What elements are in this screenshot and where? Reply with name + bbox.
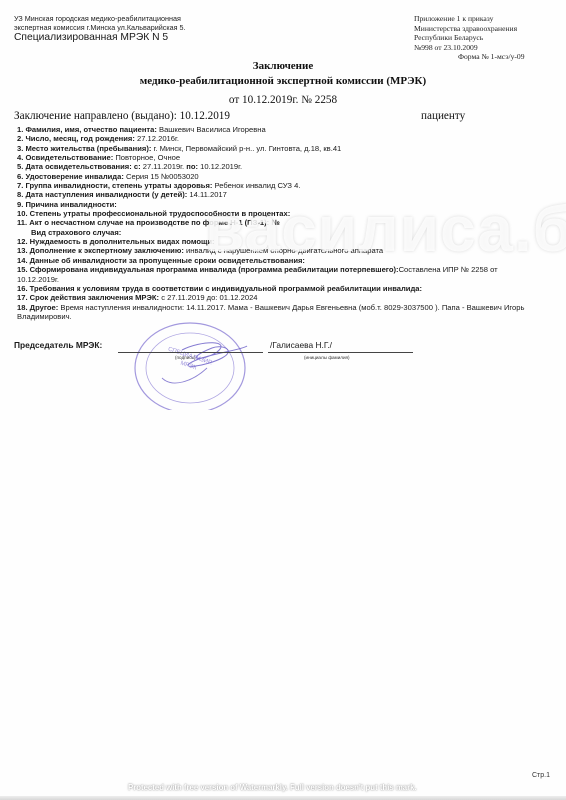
item-value: г. Минск, Первомайский р-н.. ул. Гинтовт… xyxy=(151,144,341,153)
list-item: 9. Причина инвалидности: xyxy=(17,200,537,209)
list-item: 7. Группа инвалидности, степень утраты з… xyxy=(17,181,537,190)
item-value: Вашкевич Василиса Игоревна xyxy=(157,125,266,134)
organization-header: УЗ Минская городская медико-реабилитацио… xyxy=(14,14,186,44)
item-label: 10. Степень утраты профессиональной труд… xyxy=(17,209,290,218)
list-item: 14. Данные об инвалидности за пропущенны… xyxy=(17,256,537,265)
list-item: 16. Требования к условиям труда в соотве… xyxy=(17,284,537,293)
list-item: 1. Фамилия, имя, отчество пациента: Вашк… xyxy=(17,125,537,134)
list-item: 12. Нуждаемость в дополнительных видах п… xyxy=(17,237,537,246)
item-label: 8. Дата наступления инвалидности (у дете… xyxy=(17,190,187,199)
item-label: 5. Дата освидетельствования: с: xyxy=(17,162,141,171)
item-value: 27.11.2019г. xyxy=(141,162,187,171)
document-subtitle: медико-реабилитационной экспертной комис… xyxy=(0,75,566,87)
item-label: 2. Число, месяц, год рождения: xyxy=(17,134,135,143)
item-label: 1. Фамилия, имя, отчество пациента: xyxy=(17,125,157,134)
recipient: пациенту xyxy=(421,110,465,122)
item-value: Ребенок инвалид СУЗ 4. xyxy=(212,181,300,190)
org-line-3: Специализированная МРЭК N 5 xyxy=(14,32,186,44)
list-item: 4. Освидетельствование: Повторное, Очное xyxy=(17,153,537,162)
item-value: Повторное, Очное xyxy=(113,153,180,162)
chairman-name: /Галисаева Н.Г./ xyxy=(270,340,332,350)
list-item: 17. Срок действия заключения МРЭК: с 27.… xyxy=(17,293,537,302)
item-label: Вид страхового случая: xyxy=(31,228,121,237)
item-value: Серия 15 №0053020 xyxy=(124,172,199,181)
item-value: инвалид с нарушением опорно-двигательног… xyxy=(184,246,383,255)
list-item: 8. Дата наступления инвалидности (у дете… xyxy=(17,190,537,199)
document-date-number: от 10.12.2019г. № 2258 xyxy=(0,94,566,106)
item-value-2: 10.12.2019г. xyxy=(198,162,242,171)
appendix-line-1: Приложение 1 к приказу xyxy=(414,14,525,24)
org-line-2: экспертная комиссия г.Минска ул.Кальвари… xyxy=(14,23,186,32)
scan-edge xyxy=(0,796,566,800)
stamp-icon: СПЕЦИАЛИЗИР. МРЭК xyxy=(122,320,252,410)
item-label: 9. Причина инвалидности: xyxy=(17,200,117,209)
page-number: Стр.1 xyxy=(532,772,550,779)
signature-line xyxy=(118,352,263,353)
item-label: 17. Срок действия заключения МРЭК: xyxy=(17,293,159,302)
item-label: 18. Другое: xyxy=(17,303,58,312)
document-title: Заключение xyxy=(0,60,566,72)
list-item: 11. Акт о несчастном случае на производс… xyxy=(17,218,537,227)
item-label: 6. Удостоверение инвалида: xyxy=(17,172,124,181)
name-caption: (инициалы фамилия) xyxy=(304,355,350,360)
appendix-line-3: Республики Беларусь xyxy=(414,33,525,43)
list-item: 10. Степень утраты профессиональной труд… xyxy=(17,209,537,218)
appendix-header: Приложение 1 к приказу Министерства здра… xyxy=(414,14,525,62)
item-label: 14. Данные об инвалидности за пропущенны… xyxy=(17,256,305,265)
item-label: 3. Место жительства (пребывания): xyxy=(17,144,151,153)
item-label: 13. Дополнение к экспертному заключению: xyxy=(17,246,184,255)
item-value: с 27.11.2019 до: 01.12.2024 xyxy=(159,293,257,302)
list-item: 18. Другое: Время наступления инвалиднос… xyxy=(17,303,537,322)
list-item: 5. Дата освидетельствования: с: 27.11.20… xyxy=(17,162,537,171)
list-item: 3. Место жительства (пребывания): г. Мин… xyxy=(17,144,537,153)
item-label: 4. Освидетельствование: xyxy=(17,153,113,162)
issued-line: Заключение направлено (выдано): 10.12.20… xyxy=(14,110,230,122)
signature-caption: (подпись) xyxy=(175,355,195,360)
items-list: 1. Фамилия, имя, отчество пациента: Вашк… xyxy=(17,125,537,321)
org-line-1: УЗ Минская городская медико-реабилитацио… xyxy=(14,14,186,23)
item-label: 16. Требования к условиям труда в соотве… xyxy=(17,284,422,293)
list-item: 13. Дополнение к экспертному заключению:… xyxy=(17,246,537,255)
appendix-line-4: №998 от 23.10.2009 xyxy=(414,43,525,53)
document-page: УЗ Минская городская медико-реабилитацио… xyxy=(0,0,566,800)
appendix-line-2: Министерства здравоохранения xyxy=(414,24,525,34)
item-value: Время наступления инвалидности: 14.11.20… xyxy=(17,303,524,321)
item-label: 11. Акт о несчастном случае на производс… xyxy=(17,218,280,227)
item-value: 27.12.2016г. xyxy=(135,134,179,143)
item-label: 12. Нуждаемость в дополнительных видах п… xyxy=(17,237,215,246)
list-item: 15. Сформирована индивидуальная программ… xyxy=(17,265,537,284)
footer-watermark: Protected with free version of Watermark… xyxy=(128,783,417,792)
item-label-2: по: xyxy=(186,162,198,171)
list-item: 2. Число, месяц, год рождения: 27.12.201… xyxy=(17,134,537,143)
list-item: 6. Удостоверение инвалида: Серия 15 №005… xyxy=(17,172,537,181)
list-item: Вид страхового случая: xyxy=(17,228,537,237)
item-label: 7. Группа инвалидности, степень утраты з… xyxy=(17,181,212,190)
name-line xyxy=(268,352,413,353)
item-value: 14.11.2017 xyxy=(187,190,227,199)
chairman-label: Председатель МРЭК: xyxy=(14,340,102,350)
item-label: 15. Сформирована индивидуальная программ… xyxy=(17,265,399,274)
